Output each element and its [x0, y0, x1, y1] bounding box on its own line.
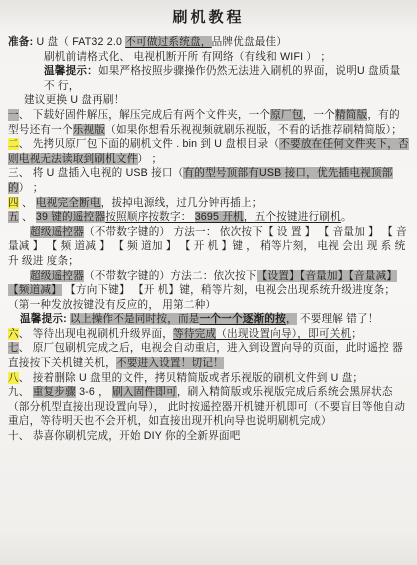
text-segment: （出现设置向导），即可关机 [216, 328, 351, 340]
gray-highlighted-text: 重复步骤 [33, 386, 76, 398]
gray-highlighted-text: 不可做过系统盘， [125, 36, 211, 48]
text-segment: U 盘（ FAT32 2.0 [33, 36, 125, 48]
text-segment: 按照顺序按数字： [105, 211, 195, 223]
text-segment: ； [351, 328, 362, 340]
paragraph: 七、 原厂包刷机完成之后，电视会自动重启，进入到设置向导的页面，此时遥控 器直接… [8, 341, 409, 370]
paragraph: 建议更换 U 盘再刷！ [8, 93, 409, 108]
gray-highlighted-text: 五 [8, 211, 19, 223]
gray-highlighted-text: 七 [8, 342, 19, 354]
paragraph: 超级遥控器（不带数字键的） 方法一： 依次按下【 设 置 】 【 音量加 】 【… [8, 225, 409, 269]
text-segment: 准备: [8, 36, 33, 48]
paragraph: 超级遥控器（不带数字键的）方法二：依次按下【设置】【音量加】【音量减】【频道减】… [8, 269, 409, 313]
paragraph: 刷机前请格式化、 电视机断开所 有网络（有线和 WIFI ） ； [8, 50, 409, 65]
gray-highlighted-text: 一个一个逐渐的按 [200, 313, 286, 325]
paragraph: 三、 将 U 盘插入电视的 USB 接口（有的型号顶部有USB 接口，优先插电视… [8, 166, 409, 195]
text-segment: 、 接着删除 U 盘里的文件，拷贝精简版或者乐视版的刷机文件到 U 盘； [19, 372, 363, 384]
gray-highlighted-text: 等待完成 [173, 328, 216, 340]
text-segment: ，五个按键进行刷机 [244, 211, 341, 223]
paragraph: 二、 先拷贝原厂包下面的刷机文件 . bin 到 U 盘根目录（不要放在任何文件… [8, 137, 409, 166]
text-segment: ） ； [19, 182, 44, 194]
paragraph: 六、 等待出现电视刷机升级界面，等待完成（出现设置向导），即可关机； [8, 327, 409, 342]
text-segment: ，拔掉电源线，过几分钟再插上； [101, 197, 263, 209]
text-segment: 九、 [8, 386, 33, 398]
gray-highlighted-text: 刷入固件即可 [112, 386, 177, 398]
gray-highlighted-text: 乐视版 [73, 124, 105, 136]
page-title: 刷机教程 [8, 6, 409, 27]
tutorial-document: 刷机教程 准备: U 盘（ FAT32 2.0 不可做过系统盘，品牌优盘最佳）刷… [0, 0, 417, 565]
document-body: 准备: U 盘（ FAT32 2.0 不可做过系统盘，品牌优盘最佳）刷机前请格式… [8, 35, 409, 444]
text-segment: 建议更换 U 盘再刷！ [24, 94, 125, 106]
text-segment: ） ； [138, 153, 163, 165]
gray-highlighted-text: 39 键的遥控器 [36, 211, 105, 223]
text-segment: 十、 恭喜你刷机完成，开始 DIY 你的全新界面吧 [8, 430, 241, 442]
text-segment: ，一个 [303, 109, 335, 121]
text-segment: （如果你想看乐视视频就刷乐视版，不看的话推荐刷精简版）； [105, 124, 402, 136]
paragraph: 一、 下载好固件解压，解压完成后有两个文件夹，一个原厂包，一个精简版，有的型号还… [8, 108, 409, 137]
text-segment: 、 先拷贝原厂包下面的刷机文件 . bin 到 U 盘根目录（ [19, 138, 279, 150]
paragraph: 十、 恭喜你刷机完成，开始 DIY 你的全新界面吧 [8, 429, 409, 444]
text-segment: 、 等待出现电视刷机升级界面， [19, 328, 173, 340]
text-segment: 三、 将 U 盘插入电视的 USB 接口（ [8, 167, 183, 179]
text-segment: （不带数字键的）方法二：依次按下 [84, 270, 257, 282]
gray-highlighted-text: 3695 开机 [195, 211, 244, 223]
paragraph: 四 、 电视完全断电，拔掉电源线，过几分钟再插上； [8, 196, 409, 211]
yellow-highlighted-text: 四 [8, 197, 19, 209]
text-segment: 、 下载好固件解压，解压完成后有两个文件夹，一个 [19, 109, 270, 121]
text-segment: 、 [19, 211, 36, 223]
text-segment: 不要理解 错了！ [297, 313, 379, 325]
paragraph: 准备: U 盘（ FAT32 2.0 不可做过系统盘，品牌优盘最佳） [8, 35, 409, 50]
gray-highlighted-text: 超级遥控器 [30, 226, 84, 238]
paragraph: 八、 接着删除 U 盘里的文件，拷贝精简版或者乐视版的刷机文件到 U 盘； [8, 371, 409, 386]
text-segment: 温馨提示： [44, 65, 98, 77]
text-segment: 3-6 ， [76, 386, 112, 398]
gray-highlighted-text: 精简版 [335, 109, 367, 121]
yellow-highlighted-text: 八 [8, 372, 19, 384]
paragraph: 温馨提示: 以上操作不是同时按，而是一个一个逐渐的按， 不要理解 错了！ [8, 312, 409, 327]
paragraph: 九、 重复步骤 3-6 ， 刷入固件即可，刷入精简版或乐视版完成后系统会黑屏状态… [8, 385, 409, 429]
yellow-highlighted-text: 六 [8, 328, 19, 340]
gray-highlighted-text: 原厂包 [270, 109, 302, 121]
gray-highlighted-text: 一 [8, 109, 19, 121]
gray-highlighted-text: 电视完全断电 [36, 197, 101, 209]
yellow-highlighted-text: 二 [8, 138, 19, 150]
text-segment: 温馨提示: [20, 313, 70, 325]
gray-highlighted-text: 以上操作不是同时按，而是 [70, 313, 200, 325]
gray-highlighted-text: 不要进入设置！切记！ [116, 357, 224, 369]
text-segment: 刷机前请格式化、 电视机断开所 有网络（有线和 WIFI ） ； [44, 51, 331, 63]
gray-highlighted-text: 超级遥控器 [30, 270, 84, 282]
text-segment: 【方向下键】 【开 机】键，稍等片刻，电视会出现系统升级进度条；（第一种发放按键… [8, 284, 395, 311]
text-segment: 。 [341, 211, 352, 223]
gray-highlighted-text: ， [286, 313, 297, 325]
text-segment: 品牌优盘最佳） [212, 36, 288, 48]
paragraph: 温馨提示：如果严格按照步骤操作仍然无法进入刷机的界面，说明U 盘质量不 行， [8, 64, 409, 93]
paragraph: 五 、 39 键的遥控器按照顺序按数字： 3695 开机，五个按键进行刷机。 [8, 210, 409, 225]
text-segment: 如果严格按照步骤操作仍然无法进入刷机的界面，说明U 盘质量不 行， [44, 65, 400, 92]
text-segment: 、 [19, 197, 36, 209]
